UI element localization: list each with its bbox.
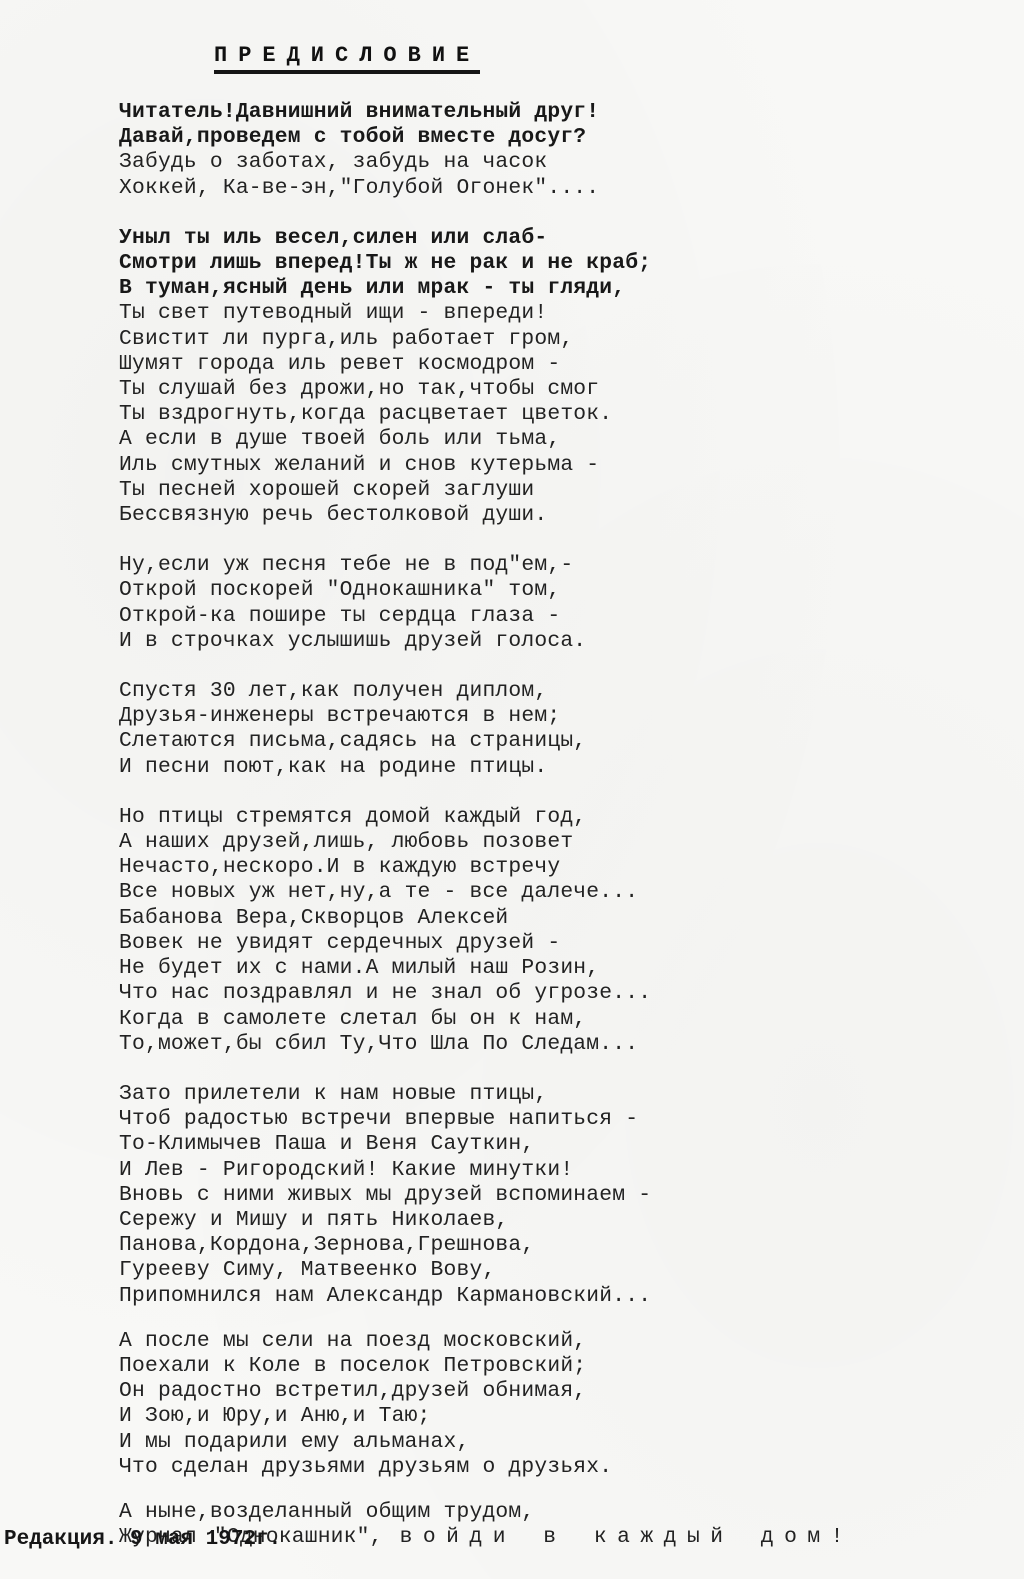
poem-line: Бабанова Вера,Скворцов Алексей (119, 906, 999, 931)
poem-line: В туман,ясный день или мрак - ты гляди, (119, 276, 999, 301)
poem-line: Вовек не увидят сердечных друзей - (119, 931, 999, 956)
poem-line: Но птицы стремятся домой каждый год, (119, 805, 999, 830)
poem-line: Открой-ка пошире ты сердца глаза - (119, 604, 999, 629)
poem-line: Вновь с ними живых мы друзей вспоминаем … (119, 1183, 999, 1208)
poem-line: Иль смутных желаний и снов кутерьма - (119, 453, 999, 478)
poem-line: Читатель!Давнишний внимательный друг! (119, 100, 999, 125)
poem-line: Ты вздрогнуть,когда расцветает цветок. (119, 402, 999, 427)
poem-line: И Зою,и Юру,и Аню,и Таю; (119, 1404, 999, 1429)
poem-line: И Лев - Ригородский! Какие минутки! (119, 1158, 999, 1183)
poem-line: Что нас поздравлял и не знал об угрозе..… (119, 981, 999, 1006)
poem-line: Ты свет путеводный ищи - впереди! (119, 301, 999, 326)
page-title: ПРЕДИСЛОВИЕ (214, 44, 480, 74)
poem-line: Спустя 30 лет,как получен диплом, (119, 679, 999, 704)
poem-line: Не будет их с нами.А милый наш Розин, (119, 956, 999, 981)
poem-line: Панова,Кордона,Зернова,Грешнова, (119, 1233, 999, 1258)
stanza-1: Читатель!Давнишний внимательный друг! Да… (119, 100, 999, 201)
poem-line: Открой поскорей "Однокашника" том, (119, 578, 999, 603)
poem-line: Давай,проведем с тобой вместе досуг? (119, 125, 999, 150)
poem-line: То-Климычев Паша и Веня Сауткин, (119, 1132, 999, 1157)
stanza-6: Зато прилетели к нам новые птицы, Чтоб р… (119, 1082, 999, 1309)
poem-line: Слетаются письма,садясь на страницы, (119, 729, 999, 754)
poem-line: Забудь о заботах, забудь на часок (119, 150, 999, 175)
poem-line: Друзья-инженеры встречаются в нем; (119, 704, 999, 729)
poem-line: Бессвязную речь бестолковой души. (119, 503, 999, 528)
poem-line: Сережу и Мишу и пять Николаев, (119, 1208, 999, 1233)
poem-line: Чтоб радостью встречи впервые напиться - (119, 1107, 999, 1132)
poem-line: Гурееву Симу, Матвеенко Вову, (119, 1258, 999, 1283)
typewritten-page: ПРЕДИСЛОВИЕ Читатель!Давнишний вниматель… (0, 0, 1024, 1579)
poem-line: А наших друзей,лишь, любовь позовет (119, 830, 999, 855)
stanza-7: А после мы сели на поезд московский, Пое… (119, 1329, 999, 1480)
poem-line: Поехали к Коле в поселок Петровский; (119, 1354, 999, 1379)
poem-line: И песни поют,как на родине птицы. (119, 755, 999, 780)
poem-line: То,может,бы сбил Ту,Что Шла По Следам... (119, 1032, 999, 1057)
poem-line: Что сделан друзьями друзьям о друзьях. (119, 1455, 999, 1480)
poem-line: Он радостно встретил,друзей обнимая, (119, 1379, 999, 1404)
stanza-2: Уныл ты иль весел,силен или слаб- Смотри… (119, 226, 999, 528)
poem-line: Уныл ты иль весел,силен или слаб- (119, 226, 999, 251)
poem-line: Припомнился нам Александр Кармановский..… (119, 1284, 999, 1309)
stanza-5: Но птицы стремятся домой каждый год, А н… (119, 805, 999, 1057)
poem-line: А ныне,возделанный общим трудом, (119, 1500, 999, 1525)
poem-line: Свистит ли пурга,иль работает гром, (119, 327, 999, 352)
poem-line: Нечасто,нескоро.И в каждую встречу (119, 855, 999, 880)
poem-line: Смотри лишь вперед!Ты ж не рак и не краб… (119, 251, 999, 276)
signature-date: Редакция. 9 мая 1972г. (4, 1527, 281, 1553)
poem-line: Ты слушай без дрожи,но так,чтобы смог (119, 377, 999, 402)
poem-line: А если в душе твоей боль или тьма, (119, 427, 999, 452)
poem-line: Шумят города иль ревет космодром - (119, 352, 999, 377)
poem-line: Хоккей, Ка-ве-эн,"Голубой Огонек".... (119, 176, 999, 201)
poem-line: Ну,если уж песня тебе не в под"ем,- (119, 553, 999, 578)
poem-line: И в строчках услышишь друзей голоса. (119, 629, 999, 654)
poem-line: Все новых уж нет,ну,а те - все далече... (119, 880, 999, 905)
poem-body: Читатель!Давнишний внимательный друг! Да… (119, 100, 999, 1550)
poem-line: Когда в самолете слетал бы он к нам, (119, 1007, 999, 1032)
poem-line: Ты песней хорошей скорей заглуши (119, 478, 999, 503)
poem-line: Зато прилетели к нам новые птицы, (119, 1082, 999, 1107)
stanza-3: Ну,если уж песня тебе не в под"ем,- Откр… (119, 553, 999, 654)
poem-line: И мы подарили ему альманах, (119, 1430, 999, 1455)
stanza-4: Спустя 30 лет,как получен диплом, Друзья… (119, 679, 999, 780)
final-line-spaced: войди в каждый дом! (400, 1525, 854, 1549)
poem-line: А после мы сели на поезд московский, (119, 1329, 999, 1354)
